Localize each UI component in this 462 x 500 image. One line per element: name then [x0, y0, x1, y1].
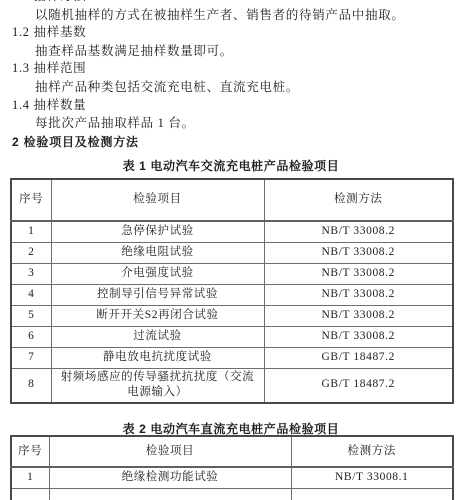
col-header-item: 检验项目 [51, 179, 264, 221]
table-row-clipped [11, 488, 453, 500]
table-header-row: 序号 检验项目 检测方法 [11, 436, 453, 467]
cell-item: 绝缘电阻试验 [51, 242, 264, 263]
col-header-item: 检验项目 [49, 436, 291, 467]
clipped-heading-sampling-method: 1.1 抽样方法 [12, 0, 86, 4]
table-row: 2 绝缘电阻试验 NB/T 33008.2 [11, 242, 453, 263]
table-row: 5 断开开关S2再闭合试验 NB/T 33008.2 [11, 305, 453, 326]
cell-item: 过流试验 [51, 326, 264, 347]
paragraph-sampling-base: 抽查样品基数满足抽样数量即可。 [35, 45, 233, 59]
cell-item: 控制导引信号异常试验 [51, 284, 264, 305]
cell-serial: 1 [11, 467, 49, 488]
dc-charger-inspection-table: 序号 检验项目 检测方法 1 绝缘检测功能试验 NB/T 33008.1 [10, 435, 454, 500]
cell-item: 断开开关S2再闭合试验 [51, 305, 264, 326]
cell-method: NB/T 33008.2 [264, 326, 453, 347]
cell-item: 静电放电抗扰度试验 [51, 347, 264, 368]
cell-method: NB/T 33008.2 [264, 305, 453, 326]
cell-serial: 2 [11, 242, 51, 263]
cell-serial: 8 [11, 368, 51, 403]
cell-serial: 3 [11, 263, 51, 284]
cell-method: NB/T 33008.2 [264, 263, 453, 284]
heading-1-2-sampling-base: 1.2 抽样基数 [12, 26, 86, 40]
cell-item: 介电强度试验 [51, 263, 264, 284]
table-row: 7 静电放电抗扰度试验 GB/T 18487.2 [11, 347, 453, 368]
cell-serial: 6 [11, 326, 51, 347]
heading-1-3-sampling-scope: 1.3 抽样范围 [12, 62, 86, 76]
cell-serial: 5 [11, 305, 51, 326]
col-header-serial: 序号 [11, 436, 49, 467]
ac-charger-inspection-table: 序号 检验项目 检测方法 1 急停保护试验 NB/T 33008.2 2 绝缘电… [10, 178, 454, 404]
col-header-method: 检测方法 [264, 179, 453, 221]
col-header-method: 检测方法 [291, 436, 453, 467]
cell-serial: 1 [11, 221, 51, 242]
table-row: 1 急停保护试验 NB/T 33008.2 [11, 221, 453, 242]
cell-method: NB/T 33008.1 [291, 467, 453, 488]
cell-item: 绝缘检测功能试验 [49, 467, 291, 488]
cell-method: GB/T 18487.2 [264, 347, 453, 368]
table1-title: 表 1 电动汽车交流充电桩产品检验项目 [0, 157, 462, 174]
cell-method: NB/T 33008.2 [264, 221, 453, 242]
paragraph-sampling-method: 以随机抽样的方式在被抽样生产者、销售者的待销产品中抽取。 [35, 9, 405, 23]
heading-2-inspection-items: 2 检验项目及检测方法 [12, 136, 139, 149]
cell-serial: 7 [11, 347, 51, 368]
cell-serial [11, 488, 49, 500]
cell-serial: 4 [11, 284, 51, 305]
table-row: 8 射频场感应的传导骚扰抗扰度（交流电源输入） GB/T 18487.2 [11, 368, 453, 403]
paragraph-sampling-quantity: 每批次产品抽取样品 1 台。 [35, 117, 195, 131]
cell-item: 急停保护试验 [51, 221, 264, 242]
table-header-row: 序号 检验项目 检测方法 [11, 179, 453, 221]
heading-1-4-sampling-quantity: 1.4 抽样数量 [12, 99, 86, 113]
cell-item [49, 488, 291, 500]
cell-method [291, 488, 453, 500]
table-row: 3 介电强度试验 NB/T 33008.2 [11, 263, 453, 284]
cell-item: 射频场感应的传导骚扰抗扰度（交流电源输入） [51, 368, 264, 403]
cell-method: NB/T 33008.2 [264, 242, 453, 263]
cell-method: NB/T 33008.2 [264, 284, 453, 305]
table-row: 4 控制导引信号异常试验 NB/T 33008.2 [11, 284, 453, 305]
cell-method: GB/T 18487.2 [264, 368, 453, 403]
table-row: 6 过流试验 NB/T 33008.2 [11, 326, 453, 347]
col-header-serial: 序号 [11, 179, 51, 221]
paragraph-sampling-scope: 抽样产品种类包括交流充电桩、直流充电桩。 [35, 81, 299, 95]
table-row: 1 绝缘检测功能试验 NB/T 33008.1 [11, 467, 453, 488]
